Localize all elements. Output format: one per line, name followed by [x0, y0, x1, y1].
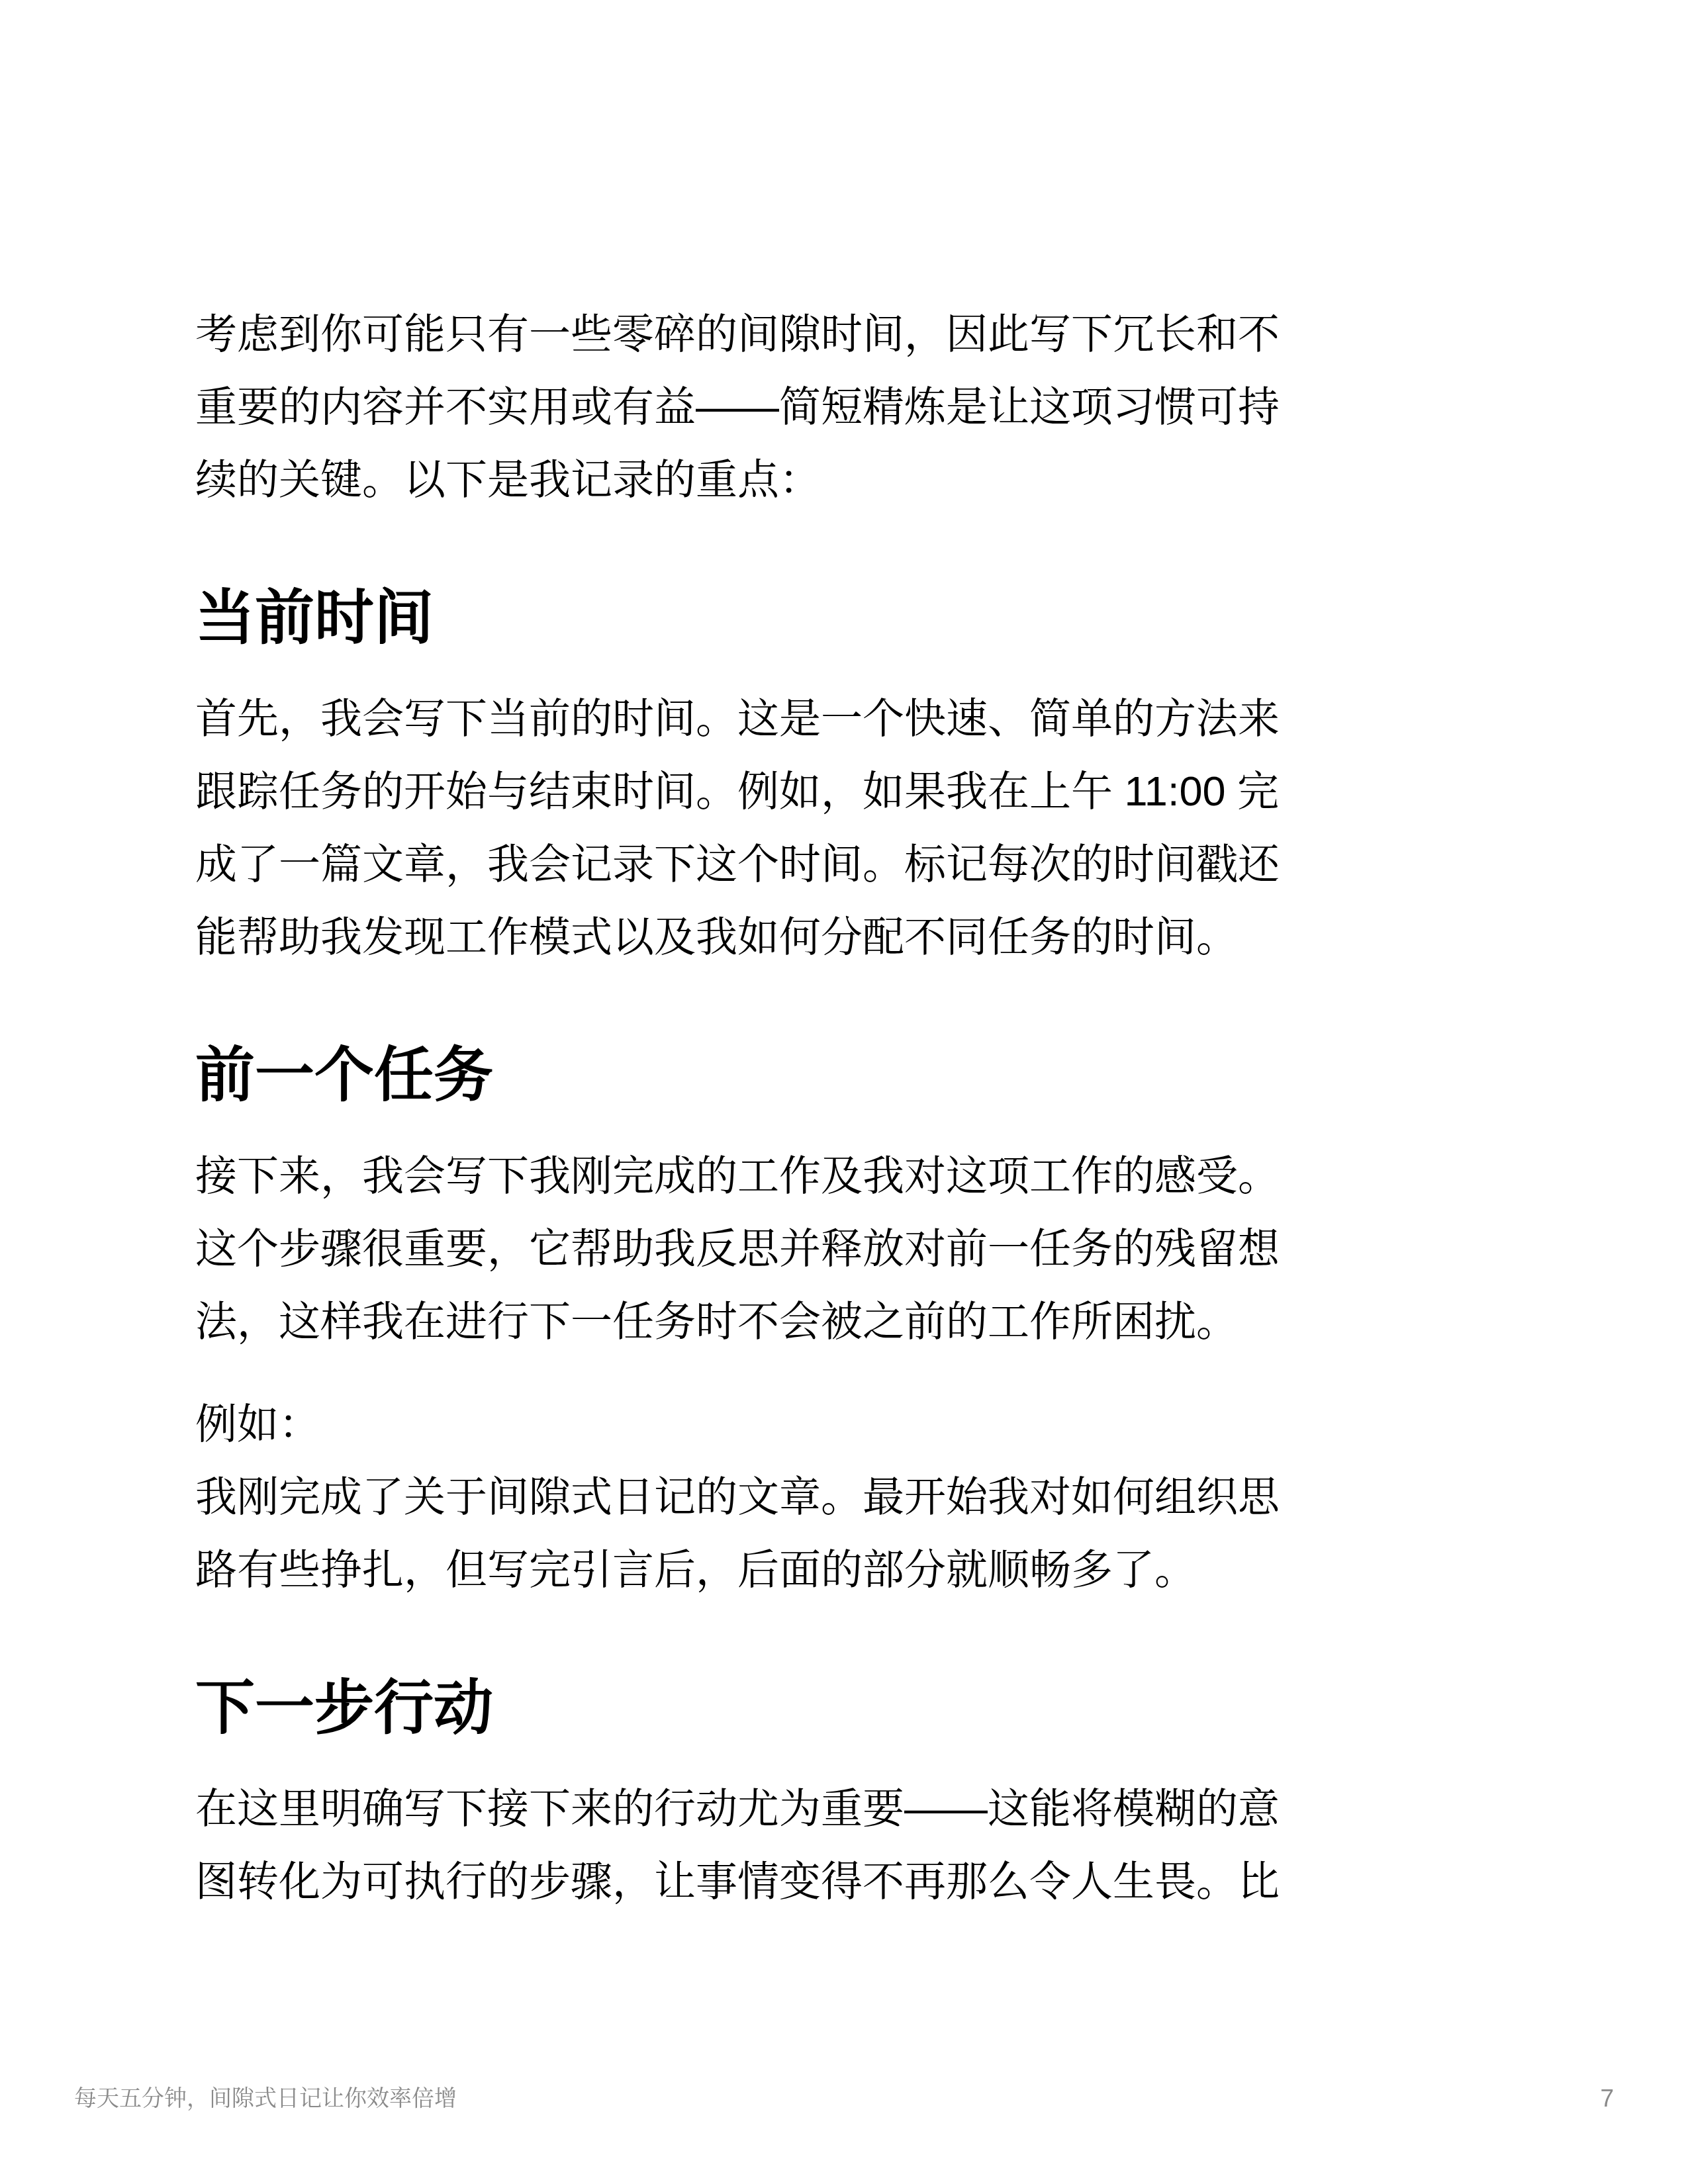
page-number: 7	[1600, 2086, 1614, 2111]
text-line: 法，这样我在进行下一任务时不会被之前的工作所困扰。	[195, 1285, 1503, 1358]
text-line: 首先，我会写下当前的时间。这是一个快速、简单的方法来	[195, 682, 1503, 755]
text-line: 在这里明确写下接下来的行动尤为重要——这能将模糊的意	[195, 1772, 1503, 1845]
document-page: 考虑到你可能只有一些零碎的间隙时间，因此写下冗长和不 重要的内容并不实用或有益—…	[0, 0, 1688, 2184]
page-footer: 每天五分钟，间隙式日记让你效率倍增 7	[74, 2086, 1614, 2111]
text-line: 续的关键。以下是我记录的重点：	[195, 443, 1503, 516]
paragraph-next-action: 在这里明确写下接下来的行动尤为重要——这能将模糊的意 图转化为可执行的步骤，让事…	[195, 1772, 1503, 1918]
heading-previous-task: 前一个任务	[195, 1036, 1503, 1115]
page-content: 考虑到你可能只有一些零碎的间隙时间，因此写下冗长和不 重要的内容并不实用或有益—…	[195, 298, 1503, 1948]
text-line: 路有些挣扎，但写完引言后，后面的部分就顺畅多了。	[195, 1533, 1503, 1606]
footer-book-title: 每天五分钟，间隙式日记让你效率倍增	[74, 2086, 457, 2111]
text-line: 例如：	[195, 1388, 1503, 1461]
paragraph-previous-task: 接下来，我会写下我刚完成的工作及我对这项工作的感受。 这个步骤很重要，它帮助我反…	[195, 1140, 1503, 1358]
heading-next-action: 下一步行动	[195, 1669, 1503, 1747]
text-line: 成了一篇文章，我会记录下这个时间。标记每次的时间戳还	[195, 828, 1503, 901]
text-line: 这个步骤很重要，它帮助我反思并释放对前一任务的残留想	[195, 1212, 1503, 1285]
text-line: 我刚完成了关于间隙式日记的文章。最开始我对如何组织思	[195, 1461, 1503, 1533]
paragraph-previous-task-example: 例如： 我刚完成了关于间隙式日记的文章。最开始我对如何组织思 路有些挣扎，但写完…	[195, 1388, 1503, 1606]
text-line: 能帮助我发现工作模式以及我如何分配不同任务的时间。	[195, 901, 1503, 974]
paragraph-current-time: 首先，我会写下当前的时间。这是一个快速、简单的方法来 跟踪任务的开始与结束时间。…	[195, 682, 1503, 974]
intro-paragraph: 考虑到你可能只有一些零碎的间隙时间，因此写下冗长和不 重要的内容并不实用或有益—…	[195, 298, 1503, 516]
text-line: 接下来，我会写下我刚完成的工作及我对这项工作的感受。	[195, 1140, 1503, 1212]
text-line: 重要的内容并不实用或有益——简短精炼是让这项习惯可持	[195, 371, 1503, 443]
text-line: 跟踪任务的开始与结束时间。例如，如果我在上午 11:00 完	[195, 755, 1503, 828]
text-line: 图转化为可执行的步骤，让事情变得不再那么令人生畏。比	[195, 1845, 1503, 1918]
heading-current-time: 当前时间	[195, 579, 1503, 657]
text-line: 考虑到你可能只有一些零碎的间隙时间，因此写下冗长和不	[195, 298, 1503, 371]
